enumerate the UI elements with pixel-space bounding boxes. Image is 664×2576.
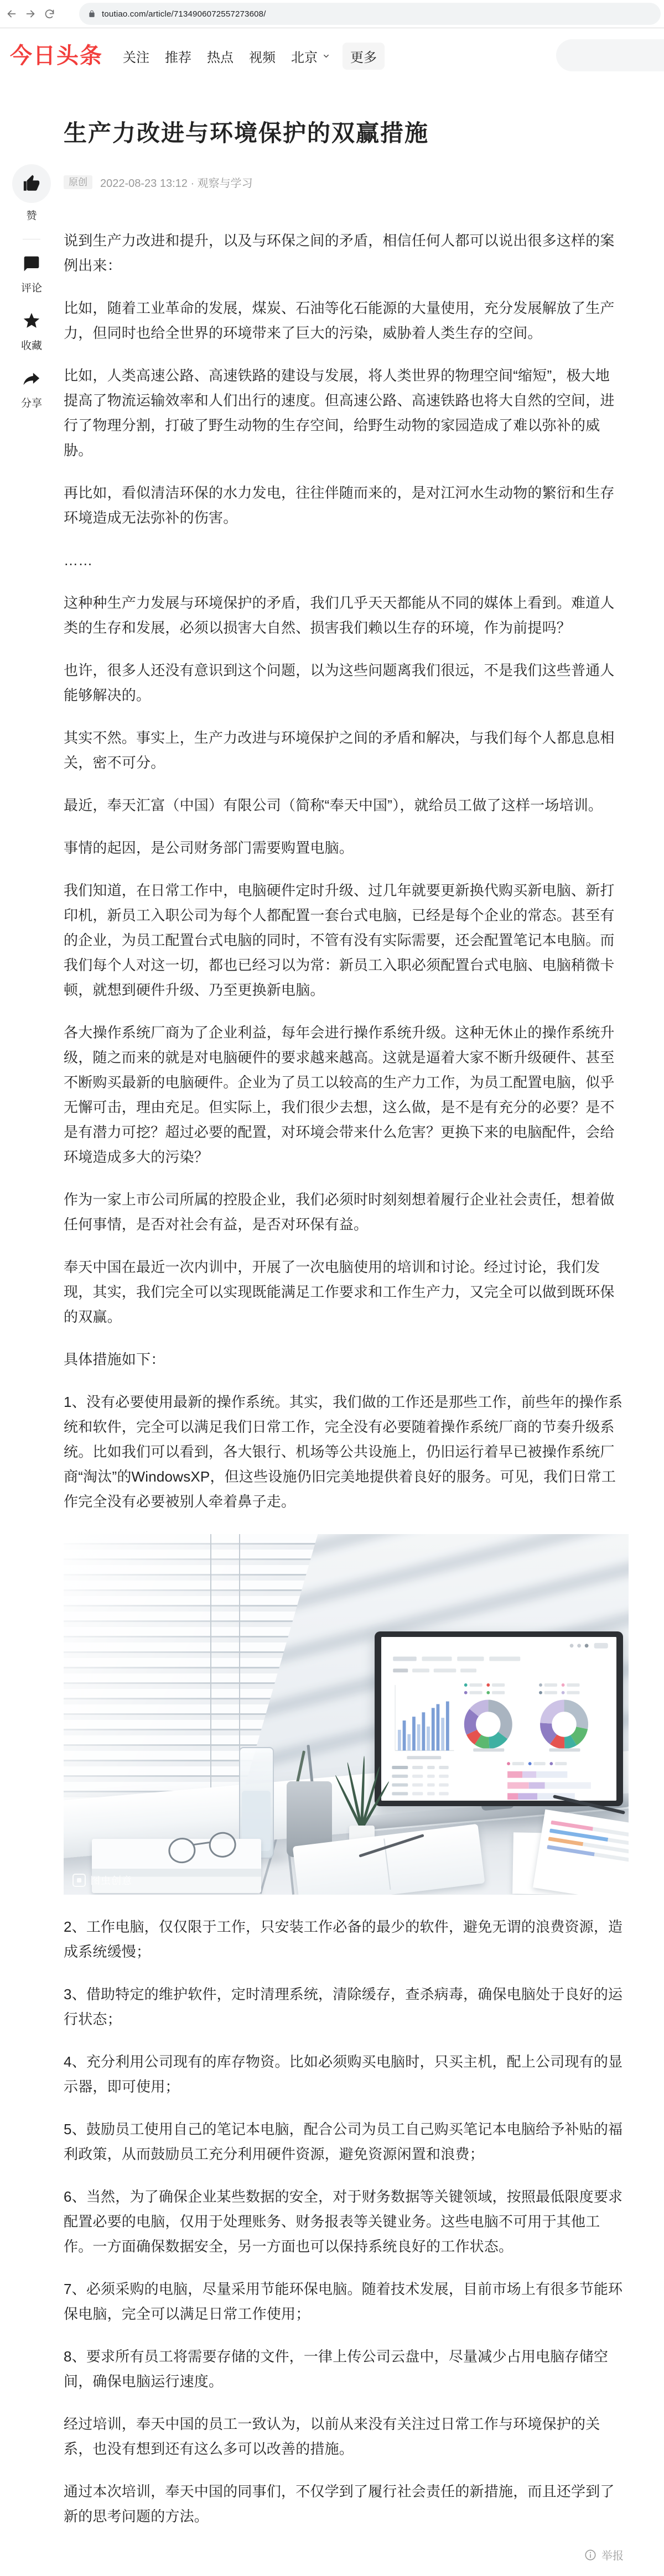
forward-button[interactable]: [21, 4, 40, 23]
comment-label: 评论: [12, 280, 51, 295]
article-paragraph: 最近，奉天汇富（中国）有限公司（简称“奉天中国”），就给员工做了这样一场培训。: [64, 793, 624, 818]
share-icon: [22, 369, 41, 388]
article-paragraph: 6、当然，为了确保企业某些数据的安全，对于财务数据等关键领域，按照最低限度要求配…: [64, 2184, 624, 2259]
watermark: 图虫创意: [72, 1873, 132, 1887]
article-paragraph: 1、没有必要使用最新的操作系统。其实，我们做的工作还是那些工作，前些年的操作系统…: [64, 1390, 624, 1514]
search-box[interactable]: [556, 39, 664, 71]
url-bar[interactable]: toutiao.com/article/7134906072557273608/: [79, 3, 661, 25]
favorite-label: 收藏: [12, 337, 51, 352]
article-paragraph: 也许，很多人还没有意识到这个问题，以为这些问题离我们很远，不是我们这些普通人能够…: [64, 658, 624, 708]
office-desk-photo: 图虫创意: [64, 1534, 629, 1895]
like-button[interactable]: 赞: [12, 164, 51, 222]
nav-item[interactable]: 推荐: [165, 46, 191, 66]
url-text: toutiao.com/article/7134906072557273608/: [102, 9, 266, 19]
article-paragraph: 通过本次培训，奉天中国的同事们，不仅学到了履行社会责任的新措施，而且还学到了新的…: [64, 2479, 624, 2529]
like-label: 赞: [12, 207, 51, 222]
share-button[interactable]: 分享: [12, 369, 51, 410]
article-paragraph: 3、借助特定的维护软件，定时清理系统，清除缓存，查杀病毒，确保电脑处于良好的运行…: [64, 1982, 624, 2032]
dashboard-graphic: [381, 1637, 616, 1801]
article-image: 图虫创意: [64, 1534, 629, 1895]
article-paragraph: 比如，人类高速公路、高速铁路的建设与发展，将人类世界的物理空间“缩短”，极大地提…: [64, 363, 624, 463]
rail-divider: [23, 239, 40, 239]
watermark-logo-icon: [72, 1874, 86, 1887]
toutiao-logo[interactable]: 今日头条: [10, 45, 103, 67]
report-sheet: [533, 1810, 629, 1895]
lock-icon[interactable]: [88, 9, 96, 18]
browser-chrome: toutiao.com/article/7134906072557273608/: [0, 0, 664, 28]
action-rail: 赞 评论 收藏 分享: [12, 164, 51, 426]
main-nav: 关注推荐热点视频 北京 更多: [123, 43, 385, 70]
eyeglass-lens: [167, 1836, 197, 1865]
chevron-down-icon: [322, 52, 330, 60]
article-paragraph: 事情的起因，是公司财务部门需要购置电脑。: [64, 836, 624, 861]
article-paragraph: 比如，随着工业革命的发展，煤炭、石油等化石能源的大量使用，充分发展解放了生产力，…: [64, 296, 624, 346]
article-paragraph: 各大操作系统厂商为了企业利益，每年会进行操作系统升级。这种无休止的操作系统升级，…: [64, 1020, 624, 1170]
eyeglass-bridge: [193, 1842, 210, 1845]
city-selector[interactable]: 北京: [291, 46, 330, 66]
article-paragraph: 具体措施如下：: [64, 1347, 624, 1372]
article: 生产力改进与环境保护的双赢措施 原创 2022-08-23 13:12 · 观察…: [64, 84, 624, 2576]
article-meta: 原创 2022-08-23 13:12 · 观察与学习: [64, 174, 624, 190]
original-badge: 原创: [64, 175, 92, 189]
article-paragraph: 再比如，看似清洁环保的水力发电，往往伴随而来的，是对江河水生动物的繁衍和生存环境…: [64, 481, 624, 530]
article-paragraph: ……: [64, 548, 624, 573]
comment-button[interactable]: 评论: [12, 255, 51, 295]
article-paragraph: 作为一家上市公司所属的控股企业，我们必须时时刻刻想着履行企业社会责任，想着做任何…: [64, 1187, 624, 1237]
back-button[interactable]: [2, 4, 21, 23]
site-header: 今日头条 关注推荐热点视频 北京 更多: [0, 28, 664, 84]
page-title: 生产力改进与环境保护的双赢措施: [64, 118, 624, 149]
nav-item[interactable]: 视频: [249, 46, 276, 66]
nav-item[interactable]: 关注: [123, 46, 149, 66]
laptop-screen: [375, 1631, 623, 1806]
report-button[interactable]: 举报: [64, 2547, 624, 2563]
blind-cord: [210, 1534, 211, 1808]
comment-icon: [23, 255, 40, 273]
article-paragraph: 4、充分利用公司现有的库存物资。比如必须购买电脑时，只买主机，配上公司现有的显示…: [64, 2050, 624, 2099]
article-paragraph: 这种种生产力发展与环境保护的矛盾，我们几乎天天都能从不同的媒体上看到。难道人类的…: [64, 591, 624, 640]
nav-item[interactable]: 热点: [207, 46, 234, 66]
report-label: 举报: [601, 2547, 624, 2563]
article-paragraph: 经过培训，奉天中国的员工一致认为，以前从来没有关注过日常工作与环境保护的关系，也…: [64, 2412, 624, 2462]
article-paragraph: 2、工作电脑，仅仅限于工作，只安装工作必备的最少的软件，避免无谓的浪费资源，造成…: [64, 1915, 624, 1964]
city-label: 北京: [291, 46, 318, 66]
favorite-button[interactable]: 收藏: [12, 311, 51, 352]
thumb-up-icon: [22, 174, 41, 193]
article-paragraph: 我们知道，在日常工作中，电脑硬件定时升级、过几年就要更新换代购买新电脑、新打印机…: [64, 878, 624, 1003]
article-paragraph: 8、要求所有员工将需要存储的文件，一律上传公司云盘中，尽量减少占用电脑存储空间，…: [64, 2344, 624, 2394]
article-paragraph: 7、必须采购的电脑，尽量采用节能环保电脑。随着技术发展，目前市场上有很多节能环保…: [64, 2277, 624, 2327]
article-paragraph: 其实不然。事实上，生产力改进与环境保护之间的矛盾和解决，与我们每个人都息息相关，…: [64, 726, 624, 775]
share-label: 分享: [12, 395, 51, 410]
star-icon: [22, 311, 41, 330]
more-button[interactable]: 更多: [343, 43, 385, 70]
eyeglass-lens: [207, 1831, 237, 1859]
article-paragraph: 5、鼓励员工使用自己的笔记本电脑，配合公司为员工自己购买笔记本电脑给予补贴的福利…: [64, 2117, 624, 2167]
article-paragraph: 说到生产力改进和提升，以及与环保之间的矛盾，相信任何人都可以说出很多这样的案例出…: [64, 228, 624, 278]
like-circle: [12, 164, 51, 203]
article-paragraph: 奉天中国在最近一次内训中，开展了一次电脑使用的培训和讨论。经过讨论，我们发现，其…: [64, 1255, 624, 1329]
meta-datetime-source: 2022-08-23 13:12 · 观察与学习: [100, 174, 253, 190]
watermark-text: 图虫创意: [90, 1873, 132, 1887]
reload-button[interactable]: [40, 4, 59, 23]
info-icon: [584, 2549, 596, 2561]
